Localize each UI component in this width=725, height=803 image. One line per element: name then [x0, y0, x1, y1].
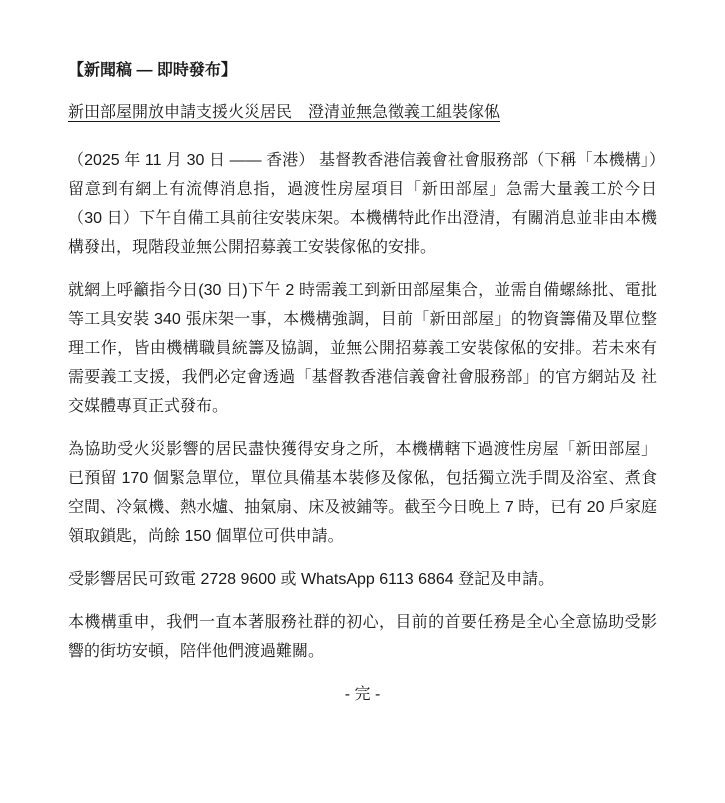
paragraph-emergency-units: 為協助受火災影響的居民盡快獲得安身之所，本機構轄下過渡性房屋「新田部屋」已預留 …	[68, 435, 657, 551]
paragraph-volunteer-rumour: 就網上呼籲指今日(30 日)下午 2 時需義工到新田部屋集合，並需自備螺絲批、電…	[68, 276, 657, 421]
press-release-page: 【新聞稿 — 即時發布】 新田部屋開放申請支援火災居民 澄清並無急徵義工組裝傢俬…	[0, 0, 725, 803]
paragraph-contact: 受影響居民可致電 2728 9600 或 WhatsApp 6113 6864 …	[68, 565, 657, 594]
paragraph-closing-statement: 本機構重申，我們一直本著服務社群的初心，目前的首要任務是全心全意協助受影響的街坊…	[68, 608, 657, 666]
paragraph-dateline-clarification: （2025 年 11 月 30 日 —— 香港） 基督教香港信義會社會服務部（下…	[68, 146, 657, 262]
end-mark: - 完 -	[68, 680, 657, 709]
headline: 新田部屋開放申請支援火災居民 澄清並無急徵義工組裝傢俬	[68, 98, 657, 127]
release-tag: 【新聞稿 — 即時發布】	[68, 56, 657, 85]
